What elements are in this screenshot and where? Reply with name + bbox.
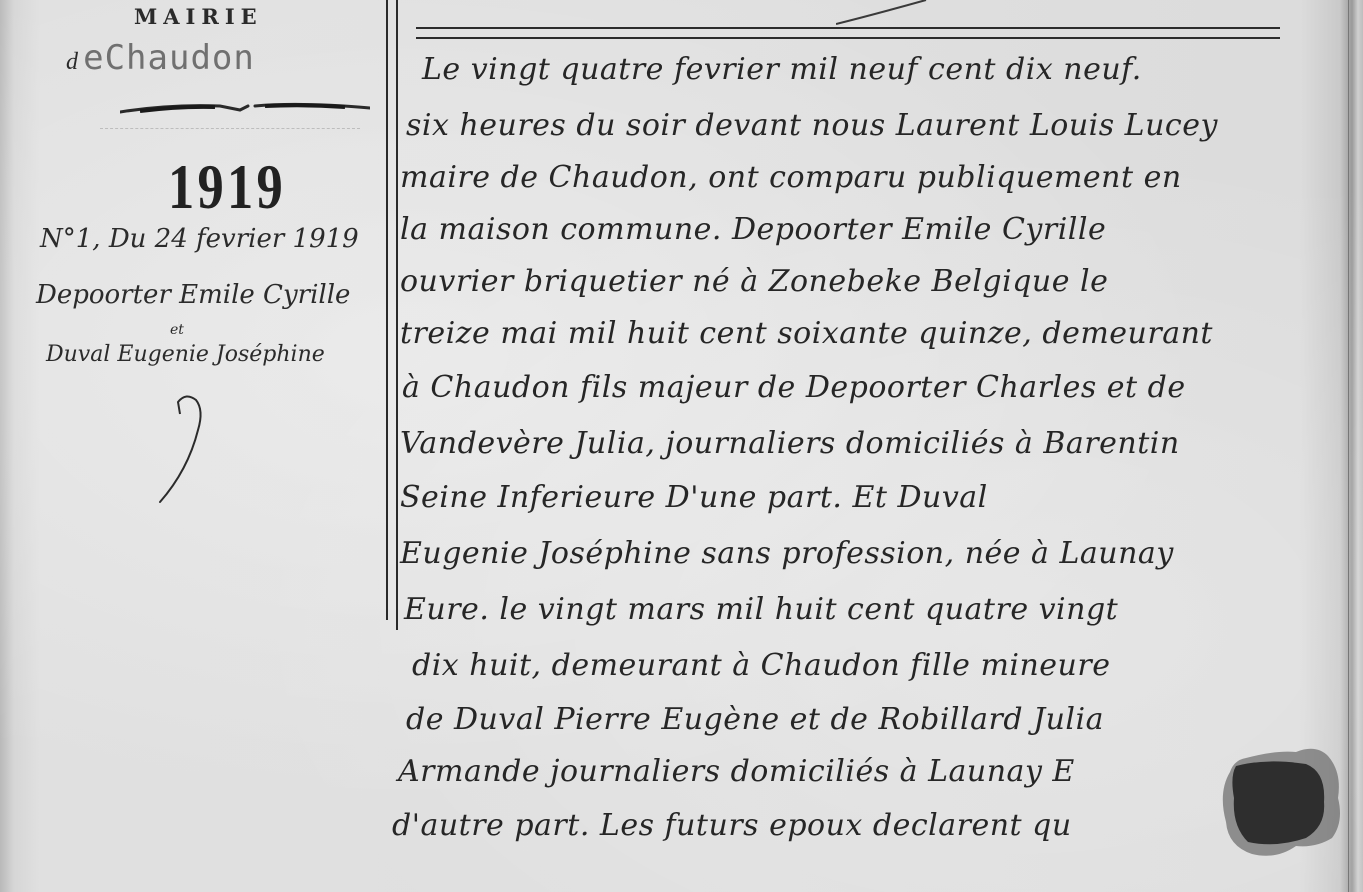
top-rule-upper [416, 27, 1280, 29]
record-line: dix huit, demeurant à Chaudon fille mine… [412, 648, 1110, 683]
bracket-mark-icon [150, 390, 210, 510]
page-edge-rule [1348, 0, 1349, 892]
entry-number-date: N°1, Du 24 fevrier 1919 [40, 224, 359, 254]
margin-column: MAIRIE d eChaudon 1919 N°1, Du 24 fevrie… [0, 0, 386, 892]
margin-rule-right [396, 0, 398, 630]
entry-groom-name: Depoorter Emile Cyrille [36, 280, 350, 310]
margin-rule-left [386, 0, 388, 620]
ink-blot-icon [1216, 742, 1346, 864]
record-line: Armande journaliers domiciliés à Launay … [398, 754, 1075, 789]
record-line: Le vingt quatre fevrier mil neuf cent di… [422, 52, 1142, 87]
entry-bride-name: Duval Eugenie Joséphine [46, 342, 325, 367]
record-line: six heures du soir devant nous Laurent L… [406, 108, 1218, 143]
record-line: Eure. le vingt mars mil huit cent quatre… [404, 592, 1118, 627]
record-line: Eugenie Joséphine sans profession, née à… [400, 536, 1174, 571]
record-line: ouvrier briquetier né à Zonebeke Belgiqu… [400, 264, 1108, 299]
record-line: treize mai mil huit cent soixante quinze… [400, 316, 1213, 351]
commune-stamp: d eChaudon [66, 38, 255, 78]
record-line: maire de Chaudon, ont comparu publiqueme… [400, 160, 1182, 195]
record-line: à Chaudon fils majeur de Depoorter Charl… [402, 370, 1186, 405]
ornament-divider-icon [120, 96, 370, 118]
dotted-rule [100, 128, 360, 129]
record-line: Seine Inferieure D'une part. Et Duval [400, 480, 988, 515]
commune-prefix: d [66, 49, 78, 75]
record-line: la maison commune. Depoorter Emile Cyril… [400, 212, 1106, 247]
pen-stroke-icon [836, 0, 956, 26]
record-line: Vandevère Julia, journaliers domiciliés … [400, 426, 1180, 461]
top-rule-lower [416, 37, 1280, 39]
year-label: 1919 [168, 150, 286, 224]
commune-name: eChaudon [83, 38, 255, 78]
entry-conjunction: et [170, 322, 184, 338]
record-line: de Duval Pierre Eugène et de Robillard J… [406, 702, 1104, 737]
registry-page: MAIRIE d eChaudon 1919 N°1, Du 24 fevrie… [0, 0, 1363, 892]
mairie-header: MAIRIE [134, 4, 263, 29]
record-line: d'autre part. Les futurs epoux declarent… [392, 808, 1072, 843]
